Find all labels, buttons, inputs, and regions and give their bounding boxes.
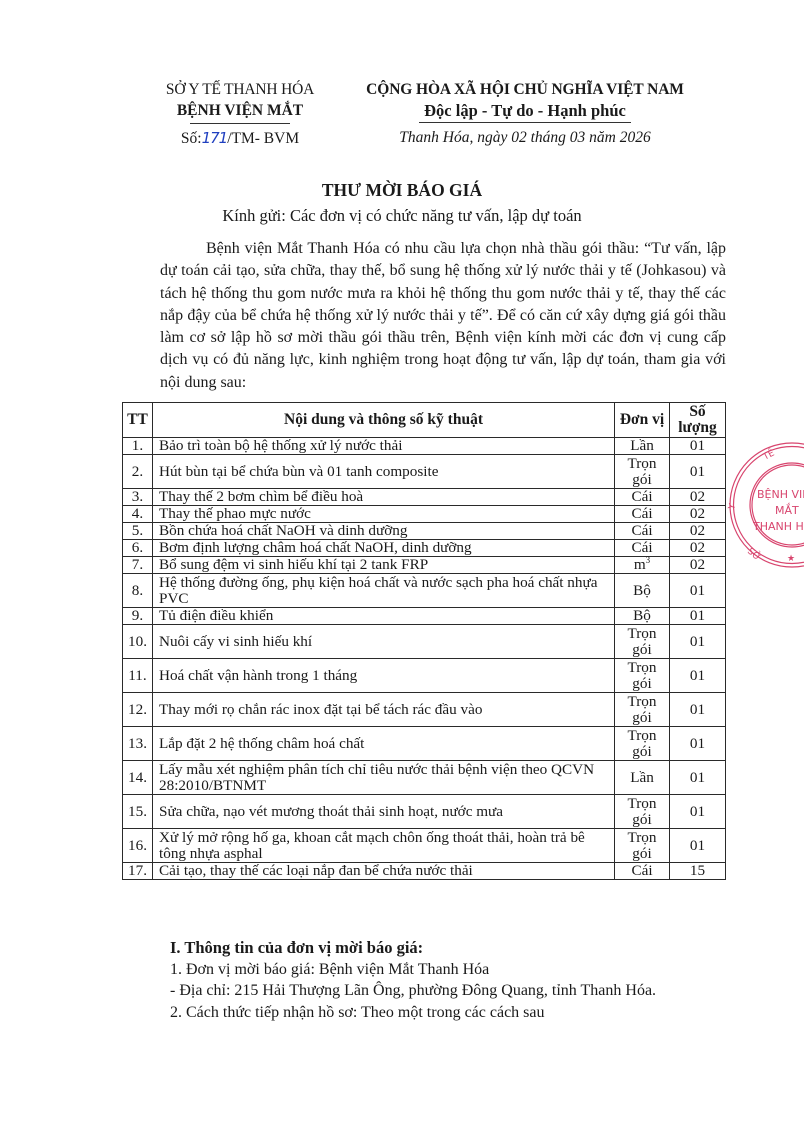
row-unit: Trọn gói bbox=[615, 625, 670, 659]
table-row: 1.Bảo trì toàn bộ hệ thống xử lý nước th… bbox=[123, 438, 726, 455]
row-unit: Cái bbox=[615, 863, 670, 880]
department-name: SỞ Y TẾ THANH HÓA bbox=[140, 79, 340, 100]
national-header: CỘNG HÒA XÃ HỘI CHỦ NGHĨA VIỆT NAM Độc l… bbox=[355, 79, 695, 148]
number-suffix: /TM- BVM bbox=[227, 130, 299, 147]
row-content: Xử lý mở rộng hố ga, khoan cắt mạch chôn… bbox=[153, 829, 615, 863]
table-row: 3.Thay thế 2 bơm chìm bể điều hoàCái02 bbox=[123, 489, 726, 506]
row-qty: 01 bbox=[670, 829, 726, 863]
table-row: 11.Hoá chất vận hành trong 1 thángTrọn g… bbox=[123, 659, 726, 693]
header-unit: Đơn vị bbox=[615, 403, 670, 438]
table-row: 15.Sửa chữa, nạo vét mương thoát thải si… bbox=[123, 795, 726, 829]
table-row: 4.Thay thế phao mực nướcCái02 bbox=[123, 506, 726, 523]
table-row: 9.Tủ điện điều khiểnBộ01 bbox=[123, 608, 726, 625]
row-qty: 02 bbox=[670, 506, 726, 523]
table-row: 17.Cải tạo, thay thế các loại nắp đan bể… bbox=[123, 863, 726, 880]
row-number: 2. bbox=[123, 455, 153, 489]
table-row: 12.Thay mới rọ chắn rác inox đặt tại bể … bbox=[123, 693, 726, 727]
row-number: 17. bbox=[123, 863, 153, 880]
info-line-address: - Địa chỉ: 215 Hải Thượng Lãn Ông, phườn… bbox=[170, 980, 656, 1002]
table-row: 14.Lấy mẫu xét nghiệm phân tích chỉ tiêu… bbox=[123, 761, 726, 795]
row-unit: Trọn gói bbox=[615, 455, 670, 489]
row-content: Nuôi cấy vi sinh hiếu khí bbox=[153, 625, 615, 659]
row-qty: 02 bbox=[670, 557, 726, 574]
row-content: Bơm định lượng châm hoá chất NaOH, dinh … bbox=[153, 540, 615, 557]
row-number: 4. bbox=[123, 506, 153, 523]
header-content: Nội dung và thông số kỹ thuật bbox=[153, 403, 615, 438]
items-table: TT Nội dung và thông số kỹ thuật Đơn vị … bbox=[122, 402, 726, 880]
hospital-name: BỆNH VIỆN MẮT bbox=[140, 100, 340, 121]
row-unit: Lần bbox=[615, 438, 670, 455]
handwritten-number: 171 bbox=[202, 129, 228, 147]
row-qty: 01 bbox=[670, 659, 726, 693]
row-number: 8. bbox=[123, 574, 153, 608]
row-number: 15. bbox=[123, 795, 153, 829]
row-number: 16. bbox=[123, 829, 153, 863]
row-qty: 01 bbox=[670, 795, 726, 829]
table-row: 13.Lắp đặt 2 hệ thống châm hoá chấtTrọn … bbox=[123, 727, 726, 761]
row-content: Bồn chứa hoá chất NaOH và dinh dưỡng bbox=[153, 523, 615, 540]
info-line-submission: 2. Cách thức tiếp nhận hồ sơ: Theo một t… bbox=[170, 1002, 656, 1024]
row-qty: 02 bbox=[670, 489, 726, 506]
official-stamp-icon: TẾ Y SỞ BỆNH VIỆN MẮT THANH HÓA ★ bbox=[727, 440, 804, 570]
nation-name: CỘNG HÒA XÃ HỘI CHỦ NGHĨA VIỆT NAM bbox=[355, 79, 695, 100]
row-qty: 02 bbox=[670, 540, 726, 557]
row-content: Hệ thống đường ống, phụ kiện hoá chất và… bbox=[153, 574, 615, 608]
row-content: Tủ điện điều khiển bbox=[153, 608, 615, 625]
row-unit: Trọn gói bbox=[615, 693, 670, 727]
row-unit: Trọn gói bbox=[615, 659, 670, 693]
table-row: 16.Xử lý mở rộng hố ga, khoan cắt mạch c… bbox=[123, 829, 726, 863]
greeting-line: Kính gửi: Các đơn vị có chức năng tư vấn… bbox=[0, 206, 804, 226]
row-unit: Trọn gói bbox=[615, 795, 670, 829]
row-content: Lắp đặt 2 hệ thống châm hoá chất bbox=[153, 727, 615, 761]
row-number: 9. bbox=[123, 608, 153, 625]
row-unit: Bộ bbox=[615, 574, 670, 608]
row-qty: 01 bbox=[670, 608, 726, 625]
document-page: SỞ Y TẾ THANH HÓA BỆNH VIỆN MẮT Số:171/T… bbox=[0, 0, 804, 1136]
intro-text: Bệnh viện Mắt Thanh Hóa có nhu cầu lựa c… bbox=[160, 238, 726, 394]
svg-text:MẮT: MẮT bbox=[775, 503, 799, 517]
header-tt: TT bbox=[123, 403, 153, 438]
row-unit: m3 bbox=[615, 557, 670, 574]
date-line: Thanh Hóa, ngày 02 tháng 03 năm 2026 bbox=[355, 127, 695, 148]
header-right-rule bbox=[419, 122, 631, 123]
row-unit: Trọn gói bbox=[615, 829, 670, 863]
number-prefix: Số: bbox=[181, 130, 202, 147]
row-qty: 01 bbox=[670, 455, 726, 489]
row-number: 11. bbox=[123, 659, 153, 693]
row-content: Bổ sung đệm vi sinh hiếu khí tại 2 tank … bbox=[153, 557, 615, 574]
row-number: 12. bbox=[123, 693, 153, 727]
row-content: Hút bùn tại bể chứa bùn và 01 tanh compo… bbox=[153, 455, 615, 489]
row-content: Thay thế phao mực nước bbox=[153, 506, 615, 523]
row-number: 3. bbox=[123, 489, 153, 506]
row-content: Lấy mẫu xét nghiệm phân tích chỉ tiêu nư… bbox=[153, 761, 615, 795]
table-body: 1.Bảo trì toàn bộ hệ thống xử lý nước th… bbox=[123, 438, 726, 880]
row-qty: 01 bbox=[670, 727, 726, 761]
row-unit: Cái bbox=[615, 489, 670, 506]
svg-text:Y: Y bbox=[727, 502, 738, 511]
row-qty: 01 bbox=[670, 625, 726, 659]
info-line-unit: 1. Đơn vị mời báo giá: Bệnh viện Mắt Tha… bbox=[170, 959, 656, 981]
row-number: 13. bbox=[123, 727, 153, 761]
info-section-title: I. Thông tin của đơn vị mời báo giá: bbox=[170, 937, 656, 959]
row-number: 14. bbox=[123, 761, 153, 795]
svg-text:BỆNH VIỆN: BỆNH VIỆN bbox=[757, 488, 804, 501]
row-qty: 01 bbox=[670, 574, 726, 608]
row-content: Bảo trì toàn bộ hệ thống xử lý nước thải bbox=[153, 438, 615, 455]
row-qty: 02 bbox=[670, 523, 726, 540]
svg-text:★: ★ bbox=[787, 554, 795, 564]
table-row: 7.Bổ sung đệm vi sinh hiếu khí tại 2 tan… bbox=[123, 557, 726, 574]
row-number: 6. bbox=[123, 540, 153, 557]
header-qty: Số lượng bbox=[670, 403, 726, 438]
row-content: Cải tạo, thay thế các loại nắp đan bể ch… bbox=[153, 863, 615, 880]
row-unit: Cái bbox=[615, 523, 670, 540]
row-qty: 15 bbox=[670, 863, 726, 880]
row-content: Thay thế 2 bơm chìm bể điều hoà bbox=[153, 489, 615, 506]
table-row: 2.Hút bùn tại bể chứa bùn và 01 tanh com… bbox=[123, 455, 726, 489]
document-title: THƯ MỜI BÁO GIÁ bbox=[0, 180, 804, 201]
row-number: 1. bbox=[123, 438, 153, 455]
national-motto: Độc lập - Tự do - Hạnh phúc bbox=[355, 100, 695, 121]
row-unit: Cái bbox=[615, 506, 670, 523]
row-unit: Trọn gói bbox=[615, 727, 670, 761]
header-left-rule bbox=[190, 123, 290, 124]
row-unit: Bộ bbox=[615, 608, 670, 625]
row-content: Sửa chữa, nạo vét mương thoát thải sinh … bbox=[153, 795, 615, 829]
intro-paragraph: Bệnh viện Mắt Thanh Hóa có nhu cầu lựa c… bbox=[160, 238, 726, 394]
row-qty: 01 bbox=[670, 438, 726, 455]
table-row: 6.Bơm định lượng châm hoá chất NaOH, din… bbox=[123, 540, 726, 557]
row-content: Thay mới rọ chắn rác inox đặt tại bể tác… bbox=[153, 693, 615, 727]
table-row: 8.Hệ thống đường ống, phụ kiện hoá chất … bbox=[123, 574, 726, 608]
svg-text:THANH HÓA: THANH HÓA bbox=[752, 520, 804, 533]
row-content: Hoá chất vận hành trong 1 tháng bbox=[153, 659, 615, 693]
row-number: 7. bbox=[123, 557, 153, 574]
document-number: Số:171/TM- BVM bbox=[140, 128, 340, 149]
row-number: 5. bbox=[123, 523, 153, 540]
table-row: 10.Nuôi cấy vi sinh hiếu khíTrọn gói01 bbox=[123, 625, 726, 659]
table-row: 5. Bồn chứa hoá chất NaOH và dinh dưỡngC… bbox=[123, 523, 726, 540]
row-qty: 01 bbox=[670, 693, 726, 727]
row-unit: Cái bbox=[615, 540, 670, 557]
issuer-block: SỞ Y TẾ THANH HÓA BỆNH VIỆN MẮT Số:171/T… bbox=[140, 79, 340, 149]
row-unit: Lần bbox=[615, 761, 670, 795]
row-qty: 01 bbox=[670, 761, 726, 795]
info-section: I. Thông tin của đơn vị mời báo giá: 1. … bbox=[170, 937, 656, 1023]
table-header-row: TT Nội dung và thông số kỹ thuật Đơn vị … bbox=[123, 403, 726, 438]
row-number: 10. bbox=[123, 625, 153, 659]
